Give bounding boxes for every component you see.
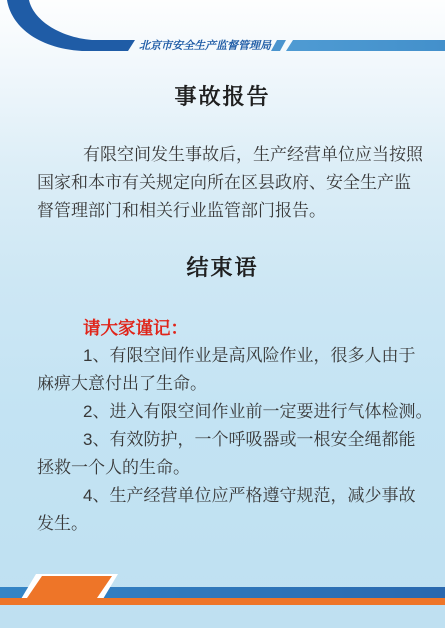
list-line: 2、进入有限空间作业前一定要进行气体检测。 — [37, 398, 432, 426]
closing-title: 结束语 — [0, 254, 445, 282]
list-line: 3、有效防护，一个呼吸器或一根安全绳都能 — [37, 426, 432, 454]
accident-report-title: 事故报告 — [0, 83, 445, 111]
list-line: 4、生产经营单位应严格遵守规范，减少事故 — [37, 482, 432, 510]
paragraph-line: 国家和本市有关规定向所在区县政府、安全生产监 — [37, 169, 423, 197]
list-line: 麻痹大意付出了生命。 — [37, 370, 432, 398]
agency-name: 北京市安全生产监督管理局 — [139, 39, 272, 52]
footer-decoration — [0, 570, 445, 628]
header-band — [286, 40, 445, 51]
list-line: 1、有限空间作业是高风险作业，很多人由于 — [37, 342, 432, 370]
closing-remarks: 请大家谨记： 1、有限空间作业是高风险作业，很多人由于 麻痹大意付出了生命。 2… — [37, 314, 432, 538]
blue-swoosh-icon — [7, 0, 135, 51]
list-line: 拯救一个人的生命。 — [37, 454, 432, 482]
reminder-heading: 请大家谨记： — [37, 314, 432, 342]
list-line: 发生。 — [37, 510, 432, 538]
paragraph-line: 督管理部门和相关行业监管部门报告。 — [37, 197, 423, 225]
paragraph-line: 有限空间发生事故后，生产经营单位应当按照 — [37, 141, 423, 169]
orange-stripe — [0, 598, 445, 605]
header-decoration: 北京市安全生产监督管理局 — [0, 0, 445, 60]
accident-report-paragraph: 有限空间发生事故后，生产经营单位应当按照 国家和本市有关规定向所在区县政府、安全… — [37, 141, 423, 225]
band-tick-icon — [271, 40, 286, 51]
poster-page: 北京市安全生产监督管理局 事故报告 有限空间发生事故后，生产经营单位应当按照 国… — [0, 0, 445, 628]
